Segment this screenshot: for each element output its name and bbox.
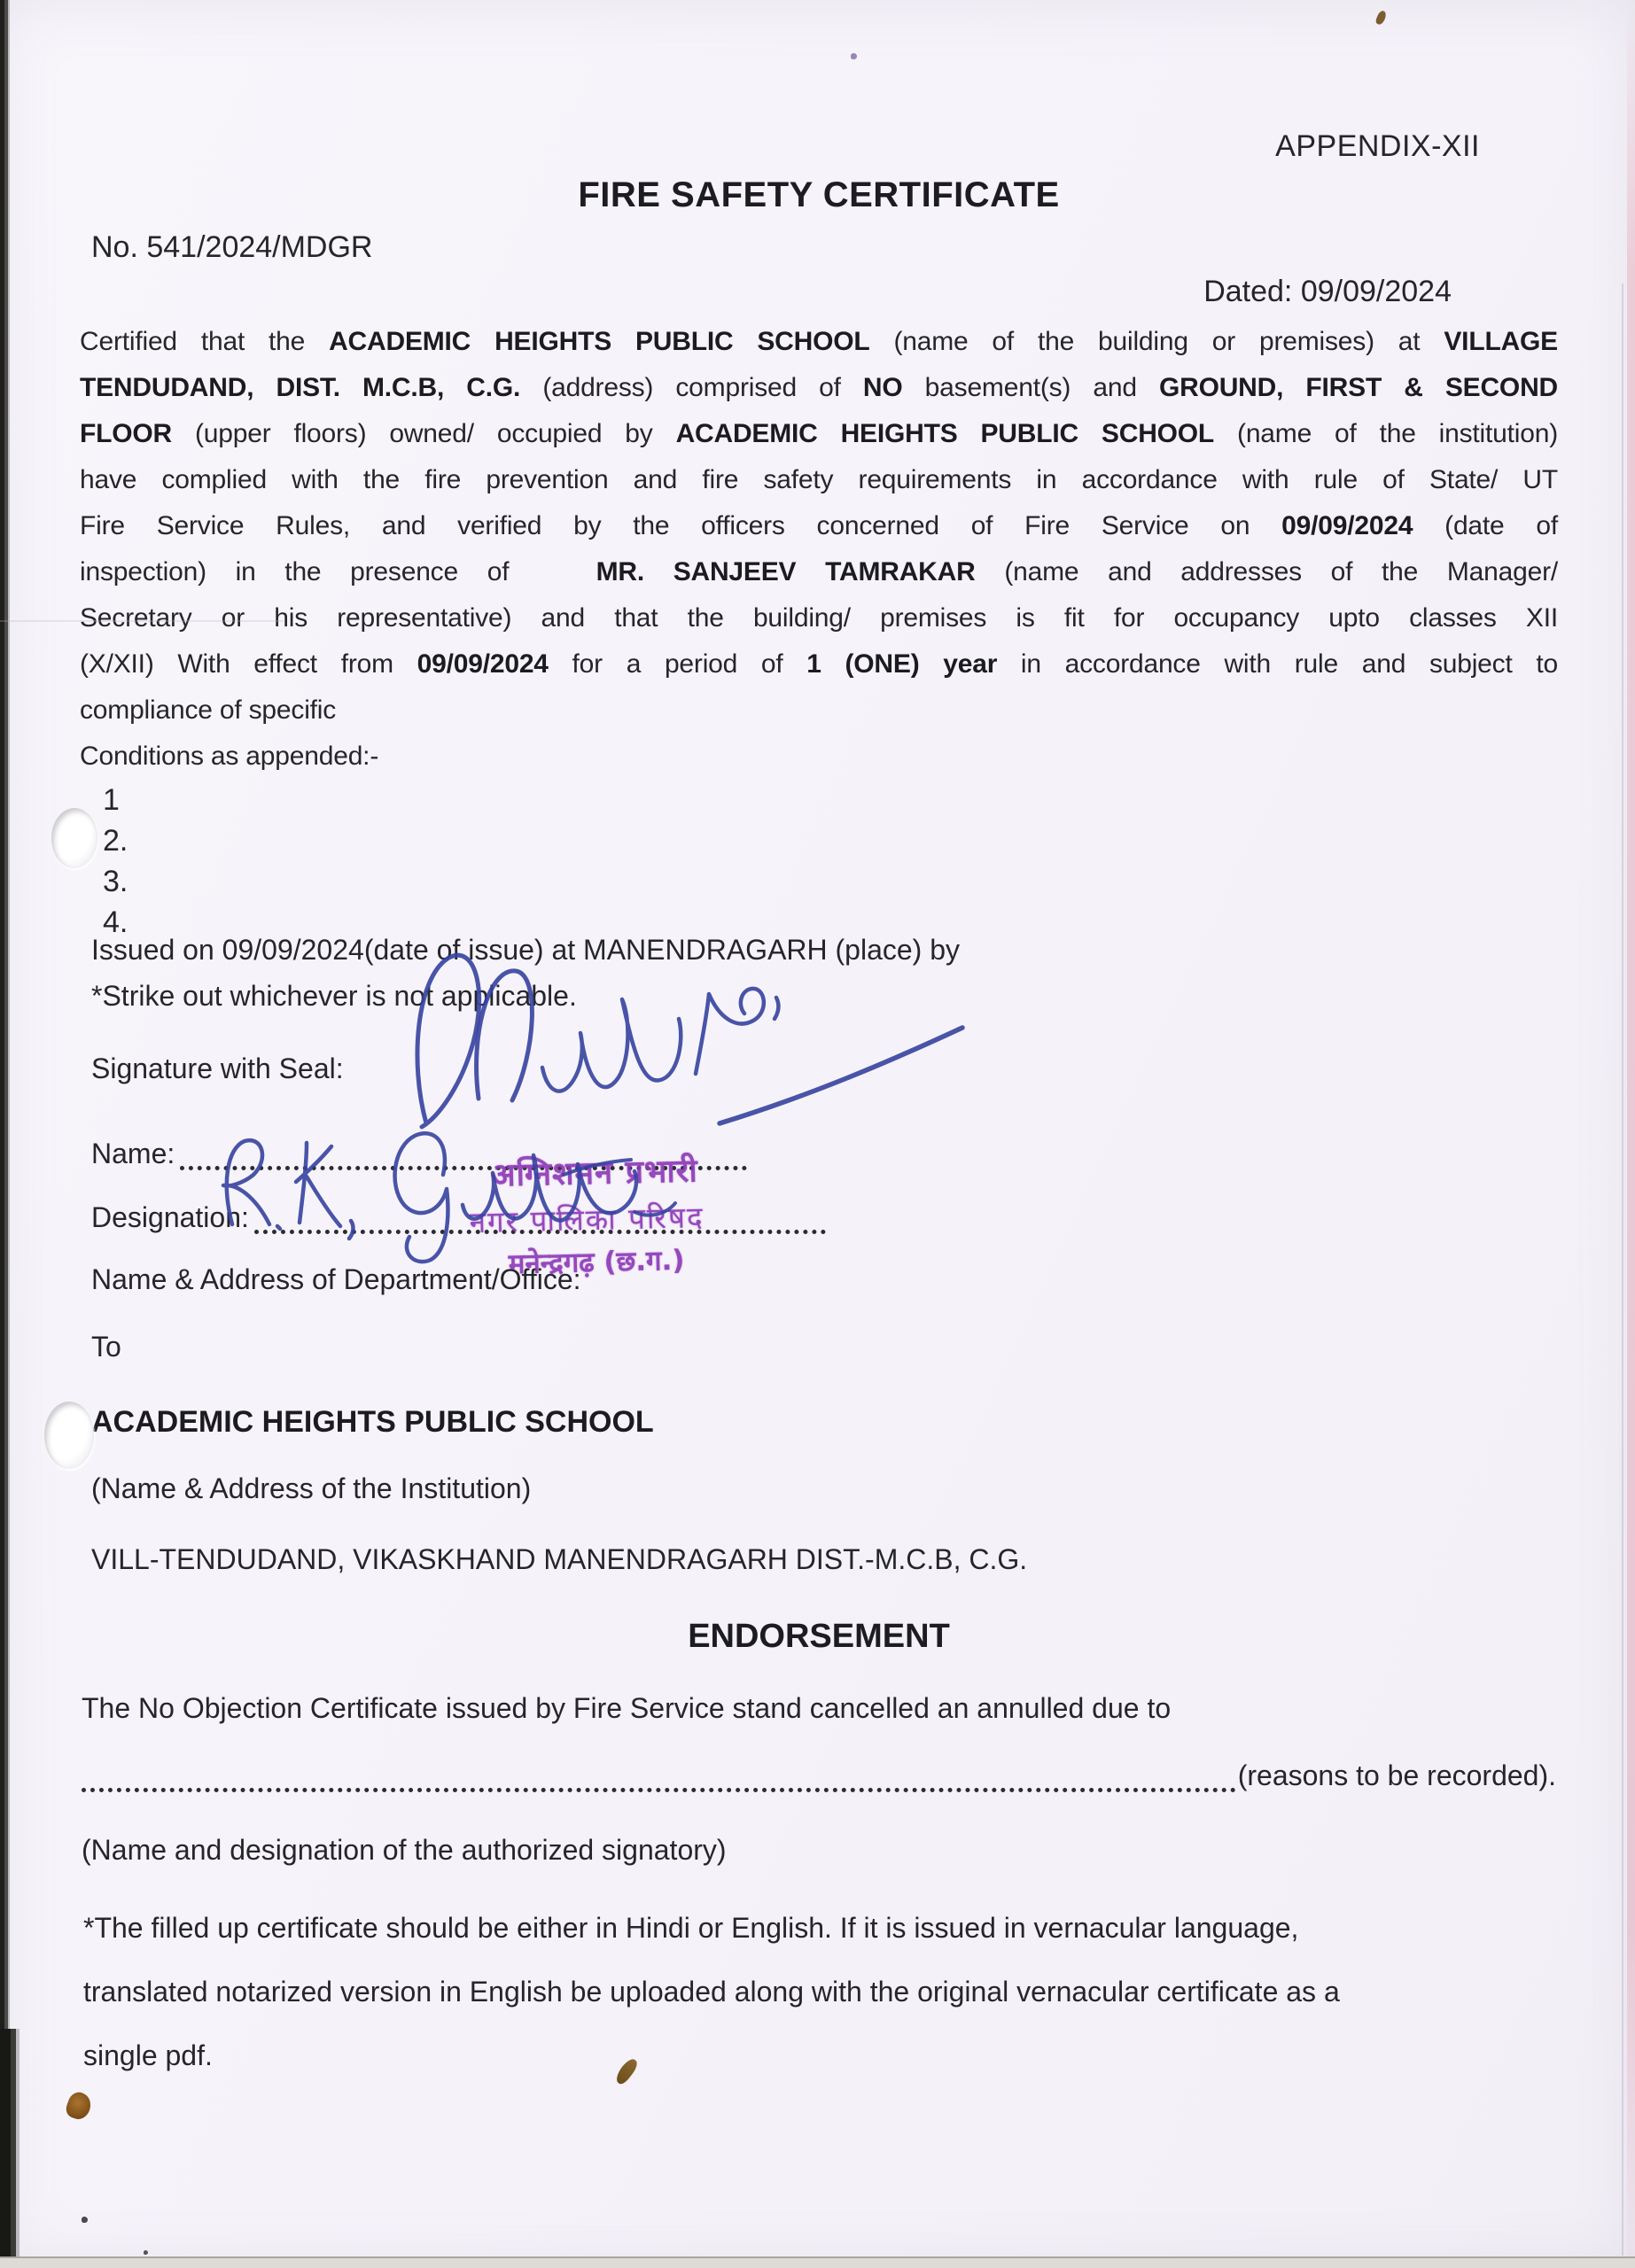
date-label: Dated: 09/09/2024 [1203,275,1452,309]
body-line: FLOOR (upper floors) owned/ occupied by … [80,411,1558,457]
scanner-edge-left [0,0,10,2256]
conditions-list: 12.3.4. [103,780,128,943]
body-line: Certified that the ACADEMIC HEIGHTS PUBL… [80,319,1558,365]
punch-hole-bottom [44,1402,94,1469]
body-line: Conditions as appended:- [80,734,1558,780]
body-line: Secretary or his representative) and tha… [80,595,1558,641]
to-label: To [91,1331,121,1363]
certificate-body: Certified that the ACADEMIC HEIGHTS PUBL… [80,319,1558,780]
pink-edge-line [1627,0,1635,2256]
paper-fold-line [0,620,284,622]
punch-hole-top [51,808,97,868]
footnote-line: single pdf. [83,2023,1572,2087]
institution-address: VILL-TENDUDAND, VIKASKHAND MANENDRAGARH … [91,1543,1027,1576]
reasons-label: (reasons to be recorded). [1238,1759,1556,1792]
certificate-number: No. 541/2024/MDGR [91,230,373,265]
document-title: FIRE SAFETY CERTIFICATE [80,175,1558,215]
paper-speck [851,53,857,59]
reasons-field-row: (reasons to be recorded). [82,1756,1556,1792]
paper-speck [1374,10,1388,26]
appendix-label: APPENDIX-XII [1275,129,1480,164]
footnote-line: *The filled up certificate should be eit… [83,1896,1572,1960]
body-line: (X/XII) With effect from 09/09/2024 for … [80,641,1558,687]
condition-item: 1 [103,780,128,820]
institution-caption: (Name & Address of the Institution) [91,1472,531,1505]
body-line: TENDUDAND, DIST. M.C.B, C.G. (address) c… [80,365,1558,411]
paper-speck [64,2089,95,2122]
paper-crease-line [1622,283,1623,2256]
reasons-dotted-line [82,1756,1236,1792]
paper-bottom-edge [0,2256,1635,2268]
scanner-edge-left-bottom [0,2029,19,2256]
body-line: compliance of specific [80,687,1558,734]
endorsement-line: The No Objection Certificate issued by F… [82,1692,1171,1725]
footnote: *The filled up certificate should be eit… [83,1896,1572,2087]
scanned-certificate-page: APPENDIX-XII FIRE SAFETY CERTIFICATE No.… [0,0,1635,2268]
signatory-caption: (Name and designation of the authorized … [82,1834,727,1867]
footnote-line: translated notarized version in English … [83,1960,1572,2023]
institution-name: ACADEMIC HEIGHTS PUBLIC SCHOOL [91,1405,654,1440]
signature-ink [177,913,993,1267]
paper-speck [82,2217,88,2223]
body-line: inspection) in the presence of MR. SANJE… [80,549,1558,595]
body-line: Fire Service Rules, and verified by the … [80,503,1558,549]
condition-item: 3. [103,861,128,902]
body-line: have complied with the fire prevention a… [80,457,1558,503]
name-label: Name: [91,1138,175,1170]
paper-speck [144,2250,148,2255]
condition-item: 2. [103,820,128,861]
endorsement-heading: ENDORSEMENT [80,1618,1558,1656]
